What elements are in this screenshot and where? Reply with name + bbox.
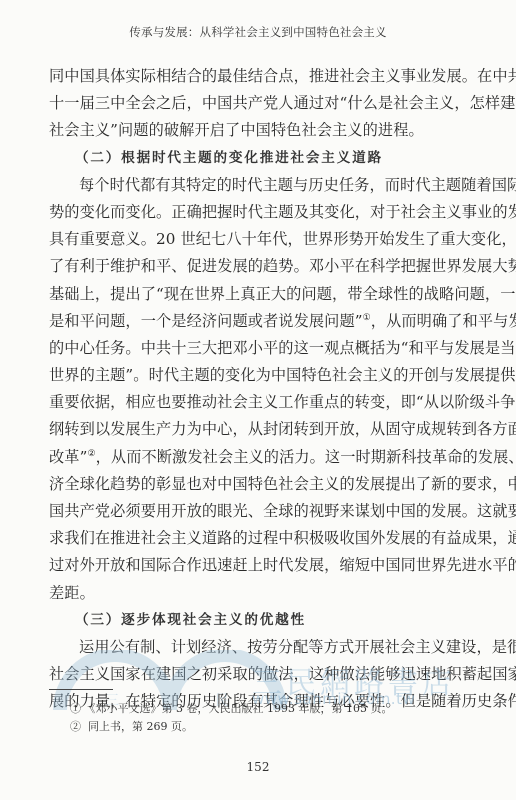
footnote-text: 同上书，第 269 页。 [88, 720, 193, 733]
line-text: 是和平问题，一个是经济问题或者说发展问题” [49, 312, 363, 330]
paragraph-line: 差距。 [49, 580, 497, 607]
paragraph-line: 改革”②，从而不断激发社会主义的活力。这一时期新科技革命的发展、经 [49, 444, 497, 471]
footnote-reference[interactable]: ② [87, 449, 95, 459]
footnote-text: 《邓小平文选》第 3 卷，人民出版社 1993 年版，第 105 页。 [85, 702, 393, 715]
paragraph-line: 社会主义”问题的破解开启了中国特色社会主义的进程。 [49, 117, 497, 144]
paragraph-line: 是和平问题，一个是经济问题或者说发展问题”①，从而明确了和平与发展 [49, 308, 497, 335]
footnote-divider [49, 689, 113, 690]
line-text: ，从而不断激发社会主义的活力。这一时期新科技革命的发展、经 [96, 448, 516, 466]
footnote-2: ② 同上书，第 269 页。 [70, 718, 392, 736]
footnote-marker: ① [70, 702, 81, 715]
line-text: ，从而明确了和平与发展 [371, 312, 516, 330]
footnote-1: ① 《邓小平文选》第 3 卷，人民出版社 1993 年版，第 105 页。 [70, 700, 392, 718]
paragraph-line: 过对外开放和国际合作迅速赶上时代发展，缩短中国同世界先进水平的 [49, 552, 497, 579]
paragraph-line: 纲转到以发展生产力为中心，从封闭转到开放，从固守成规转到各方面的 [49, 416, 497, 443]
paragraph-line: 具有重要意义。20 世纪七八十年代，世界形势开始发生了重大变化，形成 [49, 226, 497, 253]
paragraph-line: 同中国具体实际相结合的最佳结合点，推进社会主义事业发展。在中共 [49, 63, 497, 90]
footnote-marker: ② [70, 720, 81, 733]
paragraph-line: 济全球化趋势的彰显也对中国特色社会主义的发展提出了新的要求，中 [49, 471, 497, 498]
footnotes: ① 《邓小平文选》第 3 卷，人民出版社 1993 年版，第 105 页。 ② … [70, 700, 392, 736]
paragraph-line: 了有利于维护和平、促进发展的趋势。邓小平在科学把握世界发展大势的 [49, 253, 497, 280]
section-heading: （二）根据时代主题的变化推进社会主义道路 [49, 145, 497, 172]
paragraph-line: 每个时代都有其特定的时代主题与历史任务，而时代主题随着国际形 [49, 172, 497, 199]
line-text: 改革” [49, 448, 87, 466]
body-text: 同中国具体实际相结合的最佳结合点，推进社会主义事业发展。在中共十一届三中全会之后… [49, 63, 497, 716]
running-header: 传承与发展：从科学社会主义到中国特色社会主义 [0, 24, 516, 40]
paragraph-line: 国共产党必须要用开放的眼光、全球的视野来谋划中国的发展。这就要 [49, 498, 497, 525]
paragraph-line: 基础上，提出了“现在世界上真正大的问题，带全球性的战略问题，一个 [49, 281, 497, 308]
paragraph-line: 重要依据，相应也要推动社会主义工作重点的转变，即“从以阶级斗争为 [49, 389, 497, 416]
footnote-reference[interactable]: ① [363, 313, 371, 323]
paragraph-line: 势的变化而变化。正确把握时代主题及其变化，对于社会主义事业的发展 [49, 199, 497, 226]
page-number: 152 [0, 760, 516, 774]
paragraph-line: 世界的主题”。时代主题的变化为中国特色社会主义的开创与发展提供了 [49, 362, 497, 389]
paragraph-line: 的中心任务。中共十三大把邓小平的这一观点概括为“和平与发展是当代 [49, 335, 497, 362]
paragraph-line: 十一届三中全会之后，中国共产党人通过对“什么是社会主义，怎样建设 [49, 90, 497, 117]
paragraph-line: 求我们在推进社会主义道路的过程中积极吸收国外发展的有益成果，通 [49, 525, 497, 552]
section-heading: （三）逐步体现社会主义的优越性 [49, 607, 497, 634]
